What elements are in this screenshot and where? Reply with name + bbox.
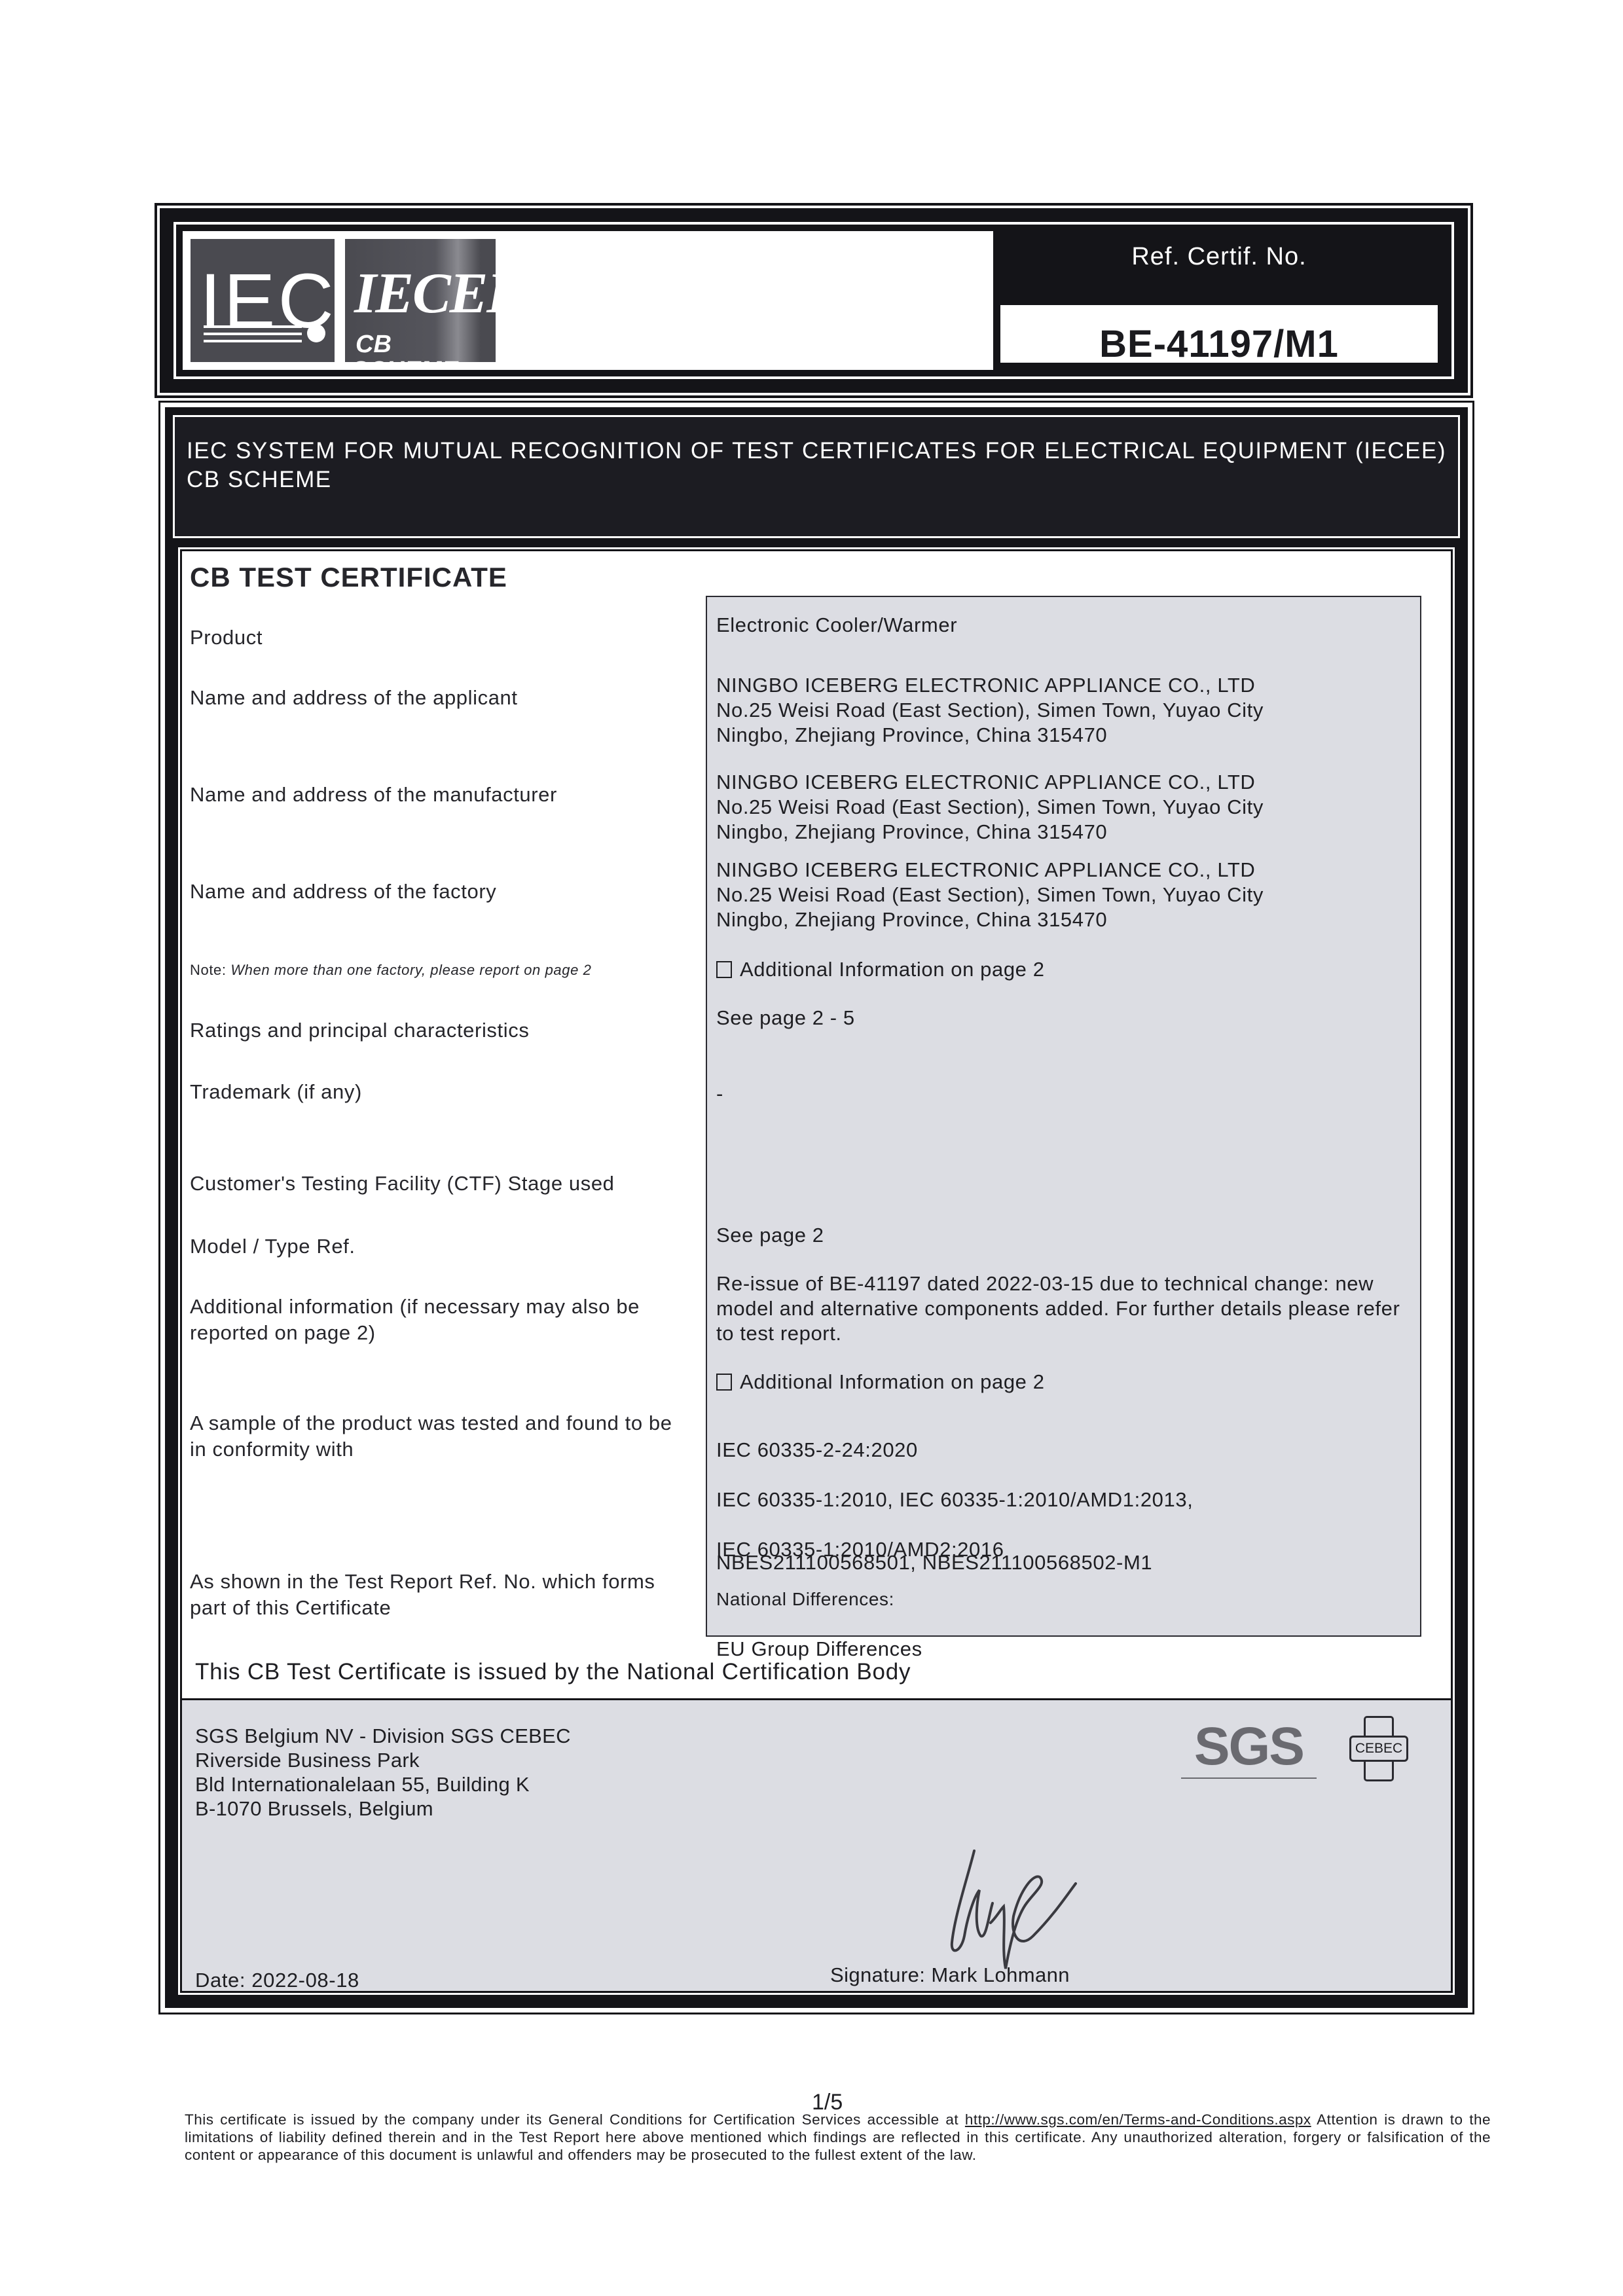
model-value: See page 2 [716, 1223, 824, 1248]
manufacturer-label: Name and address of the manufacturer [190, 782, 557, 808]
handwritten-signature-icon [928, 1838, 1125, 1982]
ratings-value: See page 2 - 5 [716, 1006, 855, 1030]
certification-body-panel: SGS Belgium NV - Division SGS CEBEC Rive… [182, 1698, 1451, 1991]
applicant-label: Name and address of the applicant [190, 685, 518, 711]
certificate-title: CB TEST CERTIFICATE [190, 562, 507, 593]
sgs-logo: SGS [1181, 1720, 1317, 1779]
additional-info-checkbox-row[interactable]: Additional Information on page 2 [716, 1370, 1045, 1394]
logo-area: IEC IECEE CB SCHEME [183, 231, 1001, 370]
iecee-logo-text: IECEE [354, 265, 496, 323]
ratings-label: Ratings and principal characteristics [190, 1017, 529, 1044]
iec-logo-dot-icon [307, 324, 325, 342]
additional-info-value: Re-issue of BE-41197 dated 2022-03-15 du… [716, 1271, 1404, 1346]
iecee-logo-scheme: SCHEME [352, 358, 458, 362]
signature-label: Signature: Mark Lohmann [830, 1963, 1070, 1987]
national-differences-label: National Differences: [716, 1587, 1193, 1612]
factory-value: NINGBO ICEBERG ELECTRONIC APPLIANCE CO.,… [716, 858, 1264, 932]
iecee-logo-stripes-icon [472, 361, 496, 362]
ref-certificate-number: BE-41197/M1 [1000, 322, 1438, 366]
iec-logo-lines-icon [204, 321, 302, 342]
applicant-value: NINGBO ICEBERG ELECTRONIC APPLIANCE CO.,… [716, 673, 1264, 748]
factory-note-prefix: Note: [190, 962, 227, 978]
factory-note: Note: When more than one factory, please… [190, 957, 592, 983]
iec-logo: IEC [191, 239, 335, 362]
model-label: Model / Type Ref. [190, 1233, 356, 1260]
scheme-banner-text: IEC SYSTEM FOR MUTUAL RECOGNITION OF TES… [187, 437, 1446, 494]
product-value: Electronic Cooler/Warmer [716, 613, 957, 638]
certificate-body: CB TEST CERTIFICATE Product Electronic C… [178, 547, 1455, 1995]
iecee-logo-cb: CB [356, 332, 392, 357]
product-label: Product [190, 625, 263, 651]
trademark-label: Trademark (if any) [190, 1079, 362, 1105]
certificate-body-frame: IEC SYSTEM FOR MUTUAL RECOGNITION OF TES… [165, 407, 1468, 2008]
ref-certificate-value-box: BE-41197/M1 [998, 303, 1440, 365]
manufacturer-value: NINGBO ICEBERG ELECTRONIC APPLIANCE CO.,… [716, 770, 1264, 845]
address-line: Bld Internationalelaan 55, Building K [195, 1772, 571, 1796]
scheme-banner: IEC SYSTEM FOR MUTUAL RECOGNITION OF TES… [173, 415, 1460, 538]
certificate-body-inner: CB TEST CERTIFICATE Product Electronic C… [180, 549, 1453, 1993]
factory-additional-info-checkbox[interactable] [716, 961, 732, 978]
standard-item: IEC 60335-1:2010, IEC 60335-1:2010/AMD1:… [716, 1487, 1193, 1512]
address-line: Riverside Business Park [195, 1748, 571, 1772]
iecee-logo: IECEE CB SCHEME [345, 239, 496, 362]
issued-by-statement: This CB Test Certificate is issued by th… [195, 1659, 911, 1685]
national-differences-value: EU Group Differences [716, 1637, 1193, 1662]
factory-additional-info-row[interactable]: Additional Information on page 2 [716, 957, 1045, 982]
cebec-logo-text: CEBEC [1349, 1736, 1408, 1762]
trademark-value: - [716, 1082, 723, 1106]
ref-certificate-label: Ref. Certif. No. [993, 243, 1445, 271]
additional-info-checkbox-label: Additional Information on page 2 [740, 1370, 1045, 1394]
cebec-logo-icon: CEBEC [1349, 1716, 1408, 1781]
additional-info-label: Additional information (if necessary may… [190, 1294, 687, 1346]
conformity-label: A sample of the product was tested and f… [190, 1410, 687, 1463]
address-line: SGS Belgium NV - Division SGS CEBEC [195, 1724, 571, 1748]
test-report-value: NBES211100568501, NBES211100568502-M1 [716, 1550, 1152, 1575]
terms-link[interactable]: http://www.sgs.com/en/Terms-and-Conditio… [965, 2111, 1311, 2128]
legal-disclaimer: This certificate is issued by the compan… [185, 2111, 1491, 2164]
ctf-label: Customer's Testing Facility (CTF) Stage … [190, 1171, 615, 1197]
address-line: B-1070 Brussels, Belgium [195, 1796, 571, 1821]
ref-certificate-box: Ref. Certif. No. BE-41197/M1 [993, 231, 1445, 370]
certification-body-address: SGS Belgium NV - Division SGS CEBEC Rive… [195, 1724, 571, 1821]
test-report-label: As shown in the Test Report Ref. No. whi… [190, 1569, 687, 1621]
factory-note-text: When more than one factory, please repor… [230, 962, 591, 978]
conformity-standards: IEC 60335-2-24:2020 IEC 60335-1:2010, IE… [716, 1413, 1193, 1686]
factory-label: Name and address of the factory [190, 879, 496, 905]
additional-info-checkbox[interactable] [716, 1374, 732, 1391]
factory-additional-info-label: Additional Information on page 2 [740, 957, 1045, 982]
standard-item: IEC 60335-2-24:2020 [716, 1438, 1193, 1463]
issue-date: Date: 2022-08-18 [195, 1969, 359, 1992]
header-inner-frame: IEC IECEE CB SCHEME Ref. Certif. No. BE-… [173, 222, 1454, 379]
certificate-header: IEC IECEE CB SCHEME Ref. Certif. No. BE-… [160, 208, 1468, 393]
disclaimer-text-start: This certificate is issued by the compan… [185, 2111, 965, 2128]
